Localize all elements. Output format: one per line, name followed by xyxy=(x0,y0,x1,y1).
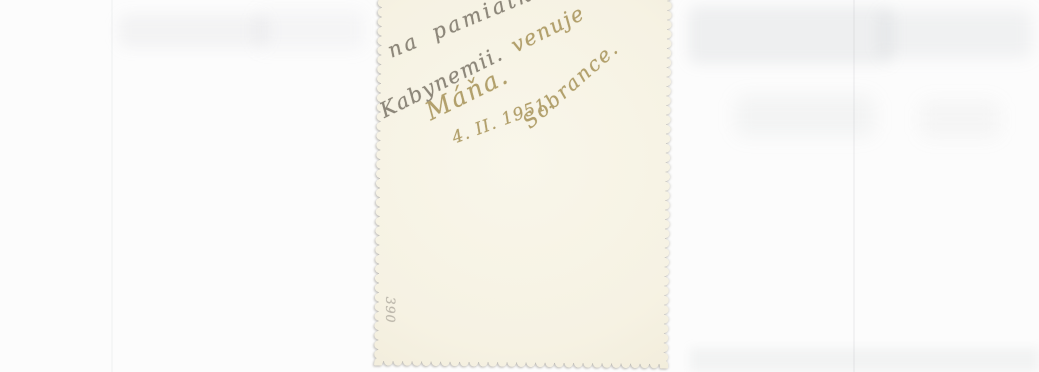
margin-number: 390 xyxy=(383,292,398,328)
photo-back: na pamiatku Kabynemii.venuje Máňa. 4. II… xyxy=(374,0,672,369)
scanner-background: na pamiatku Kabynemii.venuje Máňa. 4. II… xyxy=(0,0,1039,372)
photo-shadow: na pamiatku Kabynemii.venuje Máňa. 4. II… xyxy=(0,0,1039,372)
inscription-place: Sobrance. xyxy=(518,36,624,134)
